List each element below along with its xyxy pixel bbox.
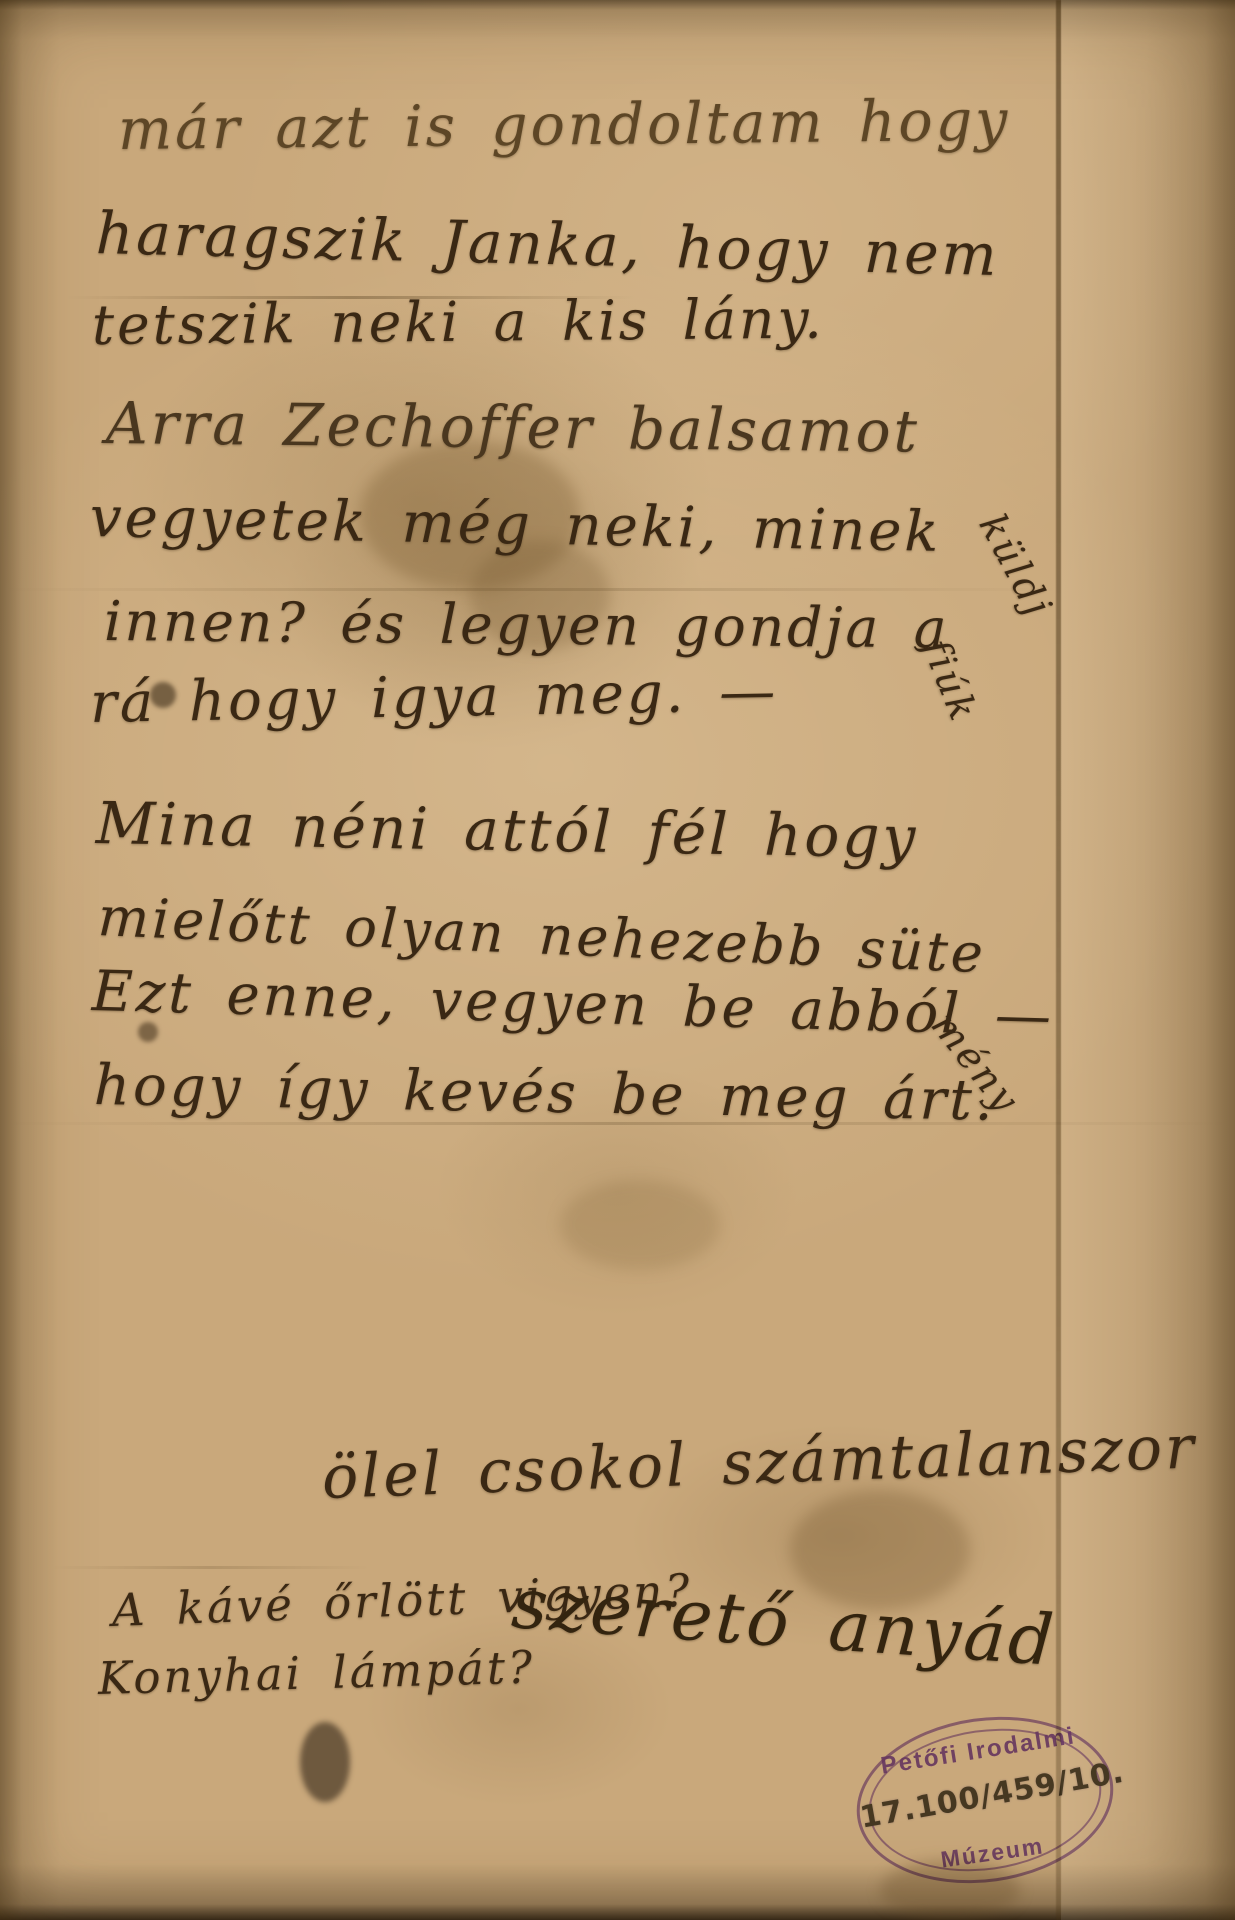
- handwriting-line: vegyetek még neki, minek: [90, 490, 942, 561]
- handwriting-line: haragszik Janka, hogy nem: [95, 204, 1000, 284]
- handwriting-line: tetszik neki a kis lány.: [92, 292, 825, 353]
- letter-page: már azt is gondoltam hogy haragszik Jank…: [0, 0, 1235, 1920]
- margin-word: küldj: [973, 508, 1059, 624]
- handwriting-line: hogy így kevés be meg árt.: [94, 1058, 997, 1130]
- handwriting-line: rá hogy igya meg. —: [90, 664, 779, 732]
- horizontal-crease: [50, 1566, 370, 1569]
- ink-smudge: [300, 1722, 350, 1802]
- handwriting-line: Mina néni attól fél hogy: [95, 794, 918, 866]
- signature-flourish: szerető anyád: [510, 1568, 1059, 1676]
- handwriting-line: innen? és legyen gondja a: [104, 594, 950, 656]
- postscript-line: Konyhai lámpát?: [97, 1645, 535, 1701]
- handwriting-line: Arra Zechoffer balsamot: [106, 394, 921, 461]
- paper-stain: [560, 1180, 720, 1270]
- handwriting-line: már azt is gondoltam hogy: [118, 93, 1011, 159]
- margin-word: fiúk: [916, 634, 983, 728]
- right-page-edge: [1061, 0, 1235, 1920]
